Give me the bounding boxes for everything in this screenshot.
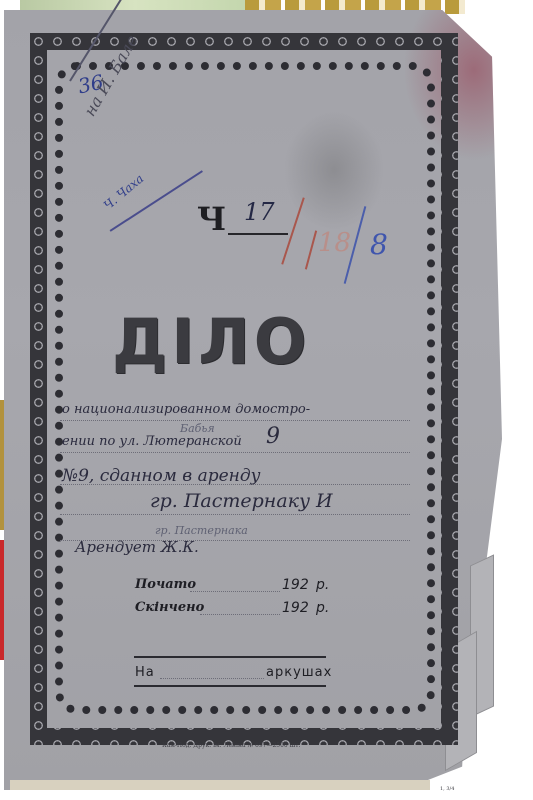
sheets-line — [160, 678, 264, 679]
started-suffix: р. — [316, 577, 329, 593]
ended-suffix: р. — [316, 600, 329, 616]
file-ref-underline — [228, 233, 288, 235]
description-line-5: Арендует Ж.К. — [75, 538, 199, 556]
ruled-line — [60, 514, 410, 515]
sheets-bottom-rule — [134, 685, 326, 687]
blue-mark: 8 — [370, 228, 388, 261]
red-mark: 18 — [318, 228, 351, 258]
sheets-suffix: аркушах — [266, 665, 332, 680]
leaf-garland-border — [55, 62, 435, 714]
ended-year: 192 — [282, 600, 309, 616]
file-ref-number: 17 — [244, 198, 275, 226]
page-title: ДІЛО — [112, 305, 362, 378]
description-line-1: о национализированном домостро- — [62, 402, 310, 417]
description-line-4: гр. Пастернаку И — [150, 490, 333, 512]
description-line-3: №9, сданном в аренду — [62, 466, 260, 486]
sheets-top-rule — [134, 656, 326, 658]
inserted-number: 9 — [266, 424, 280, 449]
pencil-note: гр. Пастернака — [155, 524, 248, 537]
edge-note: 1, 3/4 — [440, 786, 454, 792]
ruled-line — [60, 452, 410, 453]
started-line — [190, 591, 280, 592]
file-ref-prefix: Ч — [197, 200, 226, 238]
ruled-line — [60, 420, 410, 421]
cover-bottom-edge — [10, 780, 430, 790]
started-year: 192 — [282, 577, 309, 593]
ended-line — [200, 614, 280, 615]
printer-imprint: Кам-Под. Друк. ім. Леніна № 697—2500 шт. — [162, 742, 300, 749]
sheets-prefix: На — [135, 665, 155, 680]
description-line-2: ении по ул. Лютеранской — [62, 434, 242, 449]
ended-label: Скінчено — [135, 600, 204, 615]
started-label: Почато — [135, 577, 196, 592]
